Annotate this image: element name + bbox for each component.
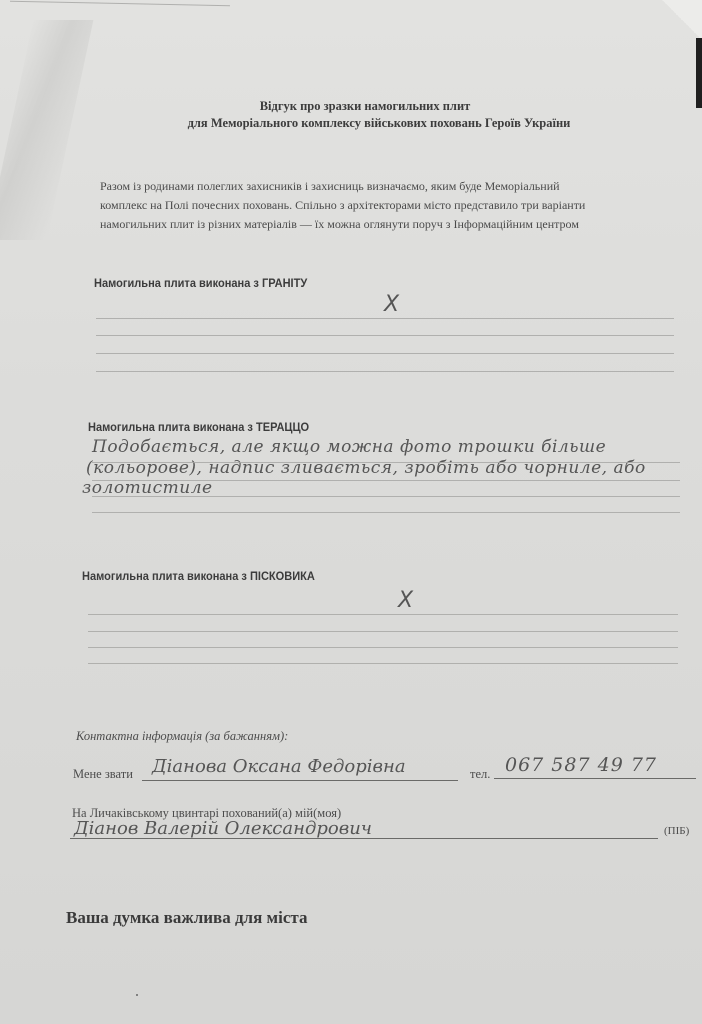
answer-line[interactable] [88,614,678,615]
answer-line[interactable] [92,512,680,513]
phone-field[interactable] [494,778,696,779]
buried-name-value[interactable]: Діанов Валерій Олександрович [74,818,372,839]
pib-label: (ПІБ) [664,825,689,837]
answer-line[interactable] [96,335,674,336]
section-title-sandstone: Намогильна плита виконана з ПІСКОВИКА [82,569,315,583]
answer-line[interactable] [96,318,674,319]
buried-name-field[interactable] [70,838,658,839]
document-title: Відгук про зразки намогильних плит [14,99,702,114]
section-title-terrazzo: Намогильна плита виконана з ТЕРАЦЦО [88,420,309,434]
phone-label: тел. [470,767,490,782]
name-label: Мене звати [73,767,133,782]
handwritten-x-mark: X [398,588,413,613]
paper-corner-fold [662,0,702,40]
intro-line: комплекс на Полі почесних поховань. Спіл… [100,196,700,215]
name-value[interactable]: Діанова Оксана Федорівна [152,756,406,777]
document-subtitle: для Меморіального комплексу військових п… [28,116,702,131]
answer-line[interactable] [88,663,678,664]
handwritten-x-mark: X [384,292,399,317]
paper-edge [10,1,230,7]
name-field[interactable] [142,780,458,781]
section-title-granite: Намогильна плита виконана з ГРАНІТУ [94,276,307,290]
answer-line[interactable] [88,647,678,648]
handwritten-comment-line: (кольорове), надпис зливається, зробіть … [86,458,646,478]
intro-line: намогильних плит із різних матеріалів — … [100,215,700,234]
footer-slogan: Ваша думка важлива для міста [66,908,307,928]
paper-sheet: Відгук про зразки намогильних плит для М… [0,0,702,1024]
answer-line[interactable] [92,480,680,481]
phone-value[interactable]: 067 587 49 77 [505,754,657,776]
handwritten-comment-line: Подобається, але якщо можна фото трошки … [92,437,606,457]
paper-speck [136,994,138,996]
handwritten-comment-line: золотистиле [82,478,213,498]
answer-line[interactable] [92,496,680,497]
answer-line[interactable] [88,631,678,632]
answer-line[interactable] [96,353,674,354]
background-shadow [696,38,702,108]
intro-line: Разом із родинами полеглих захисників і … [100,177,700,196]
contact-heading: Контактна інформація (за бажанням): [76,729,288,744]
intro-paragraph: Разом із родинами полеглих захисників і … [100,177,700,234]
answer-line[interactable] [96,371,674,372]
answer-line[interactable] [92,462,680,463]
